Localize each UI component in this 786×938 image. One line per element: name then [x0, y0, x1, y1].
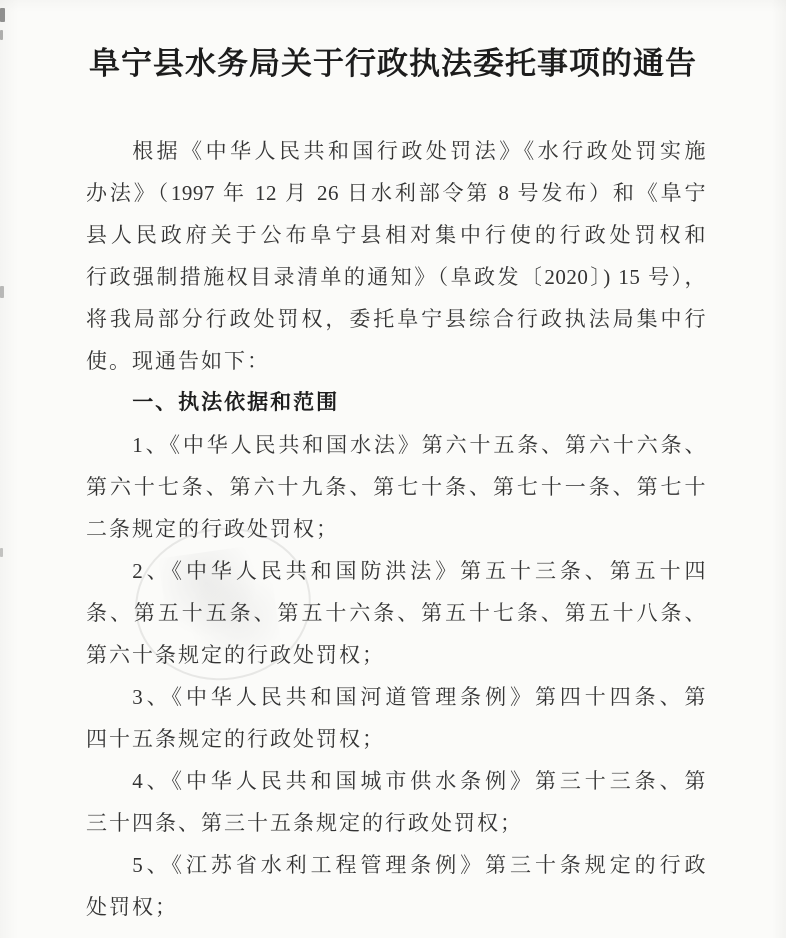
intro-line-3: 县人民政府关于公布阜宁县相对集中行使的行政处罚权和	[86, 214, 706, 256]
item-4-line-2: 三十四条、第三十五条规定的行政处罚权；	[86, 802, 706, 844]
intro-line-1: 根据《中华人民共和国行政处罚法》《水行政处罚实施	[86, 130, 706, 172]
item-1-line-3: 二条规定的行政处罚权；	[86, 508, 706, 550]
document-body: 根据《中华人民共和国行政处罚法》《水行政处罚实施 办法》（1997 年 12 月…	[86, 130, 706, 928]
scanned-document-page: 阜宁县水务局关于行政执法委托事项的通告 根据《中华人民共和国行政处罚法》《水行政…	[0, 0, 786, 938]
item-1-line-1: 1、《中华人民共和国水法》第六十五条、第六十六条、	[86, 424, 706, 466]
item-2-line-3: 第六十条规定的行政处罚权；	[86, 634, 706, 676]
item-3-line-1: 3、《中华人民共和国河道管理条例》第四十四条、第	[86, 676, 706, 718]
document-title: 阜宁县水务局关于行政执法委托事项的通告	[0, 44, 786, 84]
item-2-line-2: 条、第五十五条、第五十六条、第五十七条、第五十八条、	[86, 592, 706, 634]
section-1-heading: 一、执法依据和范围	[86, 382, 706, 424]
scan-smudge	[0, 286, 4, 298]
item-4-line-1: 4、《中华人民共和国城市供水条例》第三十三条、第	[86, 760, 706, 802]
item-3-line-2: 四十五条规定的行政处罚权；	[86, 718, 706, 760]
item-2-line-1: 2、《中华人民共和国防洪法》第五十三条、第五十四	[86, 550, 706, 592]
intro-line-5: 将我局部分行政处罚权，委托阜宁县综合行政执法局集中行	[86, 298, 706, 340]
intro-line-4: 行政强制措施权目录清单的通知》（阜政发〔2020〕) 15 号），	[86, 256, 706, 298]
scan-smudge	[0, 30, 3, 40]
item-1-line-2: 第六十七条、第六十九条、第七十条、第七十一条、第七十	[86, 466, 706, 508]
item-5-line-1: 5、《江苏省水利工程管理条例》第三十条规定的行政	[86, 844, 706, 886]
scan-smudge	[0, 548, 3, 557]
scan-smudge	[0, 8, 5, 22]
intro-line-2: 办法》（1997 年 12 月 26 日水利部令第 8 号发布）和《阜宁	[86, 172, 706, 214]
item-5-line-2: 处罚权；	[86, 886, 706, 928]
intro-line-6: 使。现通告如下：	[86, 340, 706, 382]
